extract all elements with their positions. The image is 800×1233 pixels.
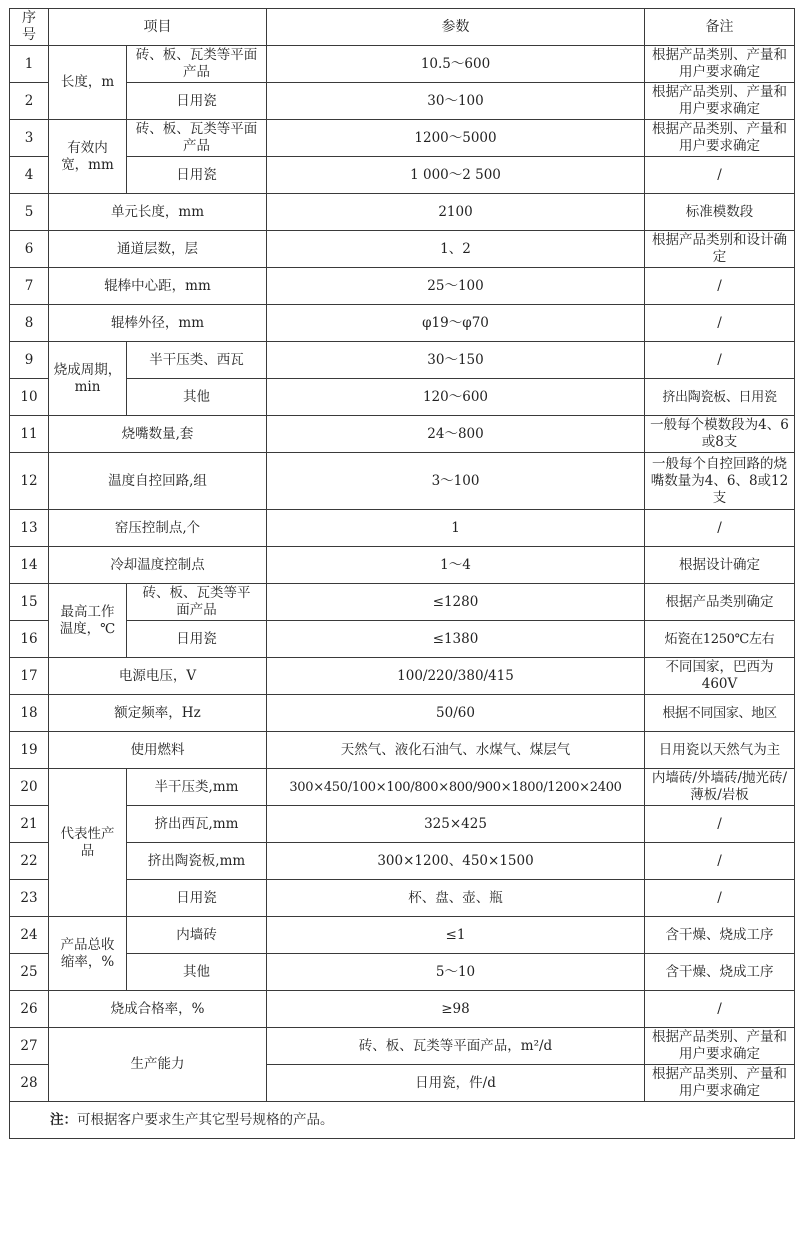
row-param: 杯、盘、壶、瓶 (267, 880, 645, 917)
group-label-max-temp: 最高工作温度，℃ (49, 584, 127, 658)
row-remark: / (645, 342, 795, 379)
row-no: 10 (10, 379, 49, 416)
row-no: 16 (10, 621, 49, 658)
row-remark: 挤出陶瓷板、日用瓷 (645, 379, 795, 416)
table-row: 6 通道层数，层 1、2 根据产品类别和设计确定 (10, 231, 795, 268)
row-param: ≤1 (267, 917, 645, 954)
row-no: 11 (10, 416, 49, 453)
row-subitem: 日用瓷 (127, 880, 267, 917)
group-label-length: 长度，m (49, 46, 127, 120)
table-row: 15 最高工作温度，℃ 砖、板、瓦类等平面产品 ≤1280 根据产品类别确定 (10, 584, 795, 621)
row-param: 1、2 (267, 231, 645, 268)
row-param: 2100 (267, 194, 645, 231)
row-remark: 标准模数段 (645, 194, 795, 231)
row-subitem: 挤出陶瓷板,mm (127, 843, 267, 880)
table-row: 22 挤出陶瓷板,mm 300×1200、450×1500 / (10, 843, 795, 880)
table-row: 8 辊棒外径，mm φ19～φ70 / (10, 305, 795, 342)
row-subitem: 内墙砖 (127, 917, 267, 954)
table-row: 5 单元长度，mm 2100 标准模数段 (10, 194, 795, 231)
row-item: 烧嘴数量,套 (49, 416, 267, 453)
table-row: 10 其他 120～600 挤出陶瓷板、日用瓷 (10, 379, 795, 416)
table-row: 1 长度，m 砖、板、瓦类等平面产品 10.5～600 根据产品类别、产量和用户… (10, 46, 795, 83)
row-param: 120～600 (267, 379, 645, 416)
row-item: 通道层数，层 (49, 231, 267, 268)
row-param: 1 000～2 500 (267, 157, 645, 194)
table-row: 16 日用瓷 ≤1380 炻瓷在1250℃左右 (10, 621, 795, 658)
row-remark: 根据不同国家、地区 (645, 695, 795, 732)
row-remark: 根据产品类别、产量和用户要求确定 (645, 83, 795, 120)
row-param: ≥98 (267, 991, 645, 1028)
table-row: 17 电源电压，V 100/220/380/415 不同国家，巴西为460V (10, 658, 795, 695)
row-remark: / (645, 843, 795, 880)
row-param: 日用瓷，件/d (267, 1065, 645, 1102)
row-param: 5～10 (267, 954, 645, 991)
row-subitem: 砖、板、瓦类等平面产品 (127, 584, 267, 621)
header-no: 序号 (10, 9, 49, 46)
row-param: 1 (267, 510, 645, 547)
row-no: 28 (10, 1065, 49, 1102)
table-row: 14 冷却温度控制点 1～4 根据设计确定 (10, 547, 795, 584)
table-note: 注：可根据客户要求生产其它型号规格的产品。 (10, 1102, 795, 1139)
row-item: 窑压控制点,个 (49, 510, 267, 547)
row-remark: / (645, 991, 795, 1028)
row-no: 1 (10, 46, 49, 83)
table-row: 25 其他 5～10 含干燥、烧成工序 (10, 954, 795, 991)
row-item: 辊棒外径，mm (49, 305, 267, 342)
header-param: 参数 (267, 9, 645, 46)
row-subitem: 挤出西瓦,mm (127, 806, 267, 843)
row-no: 23 (10, 880, 49, 917)
group-label-inner-width: 有效内宽，mm (49, 120, 127, 194)
row-param: 天然气、液化石油气、水煤气、煤层气 (267, 732, 645, 769)
row-no: 5 (10, 194, 49, 231)
group-label-rep-products: 代表性产品 (49, 769, 127, 917)
row-param: 300×1200、450×1500 (267, 843, 645, 880)
row-param: 30～100 (267, 83, 645, 120)
row-no: 14 (10, 547, 49, 584)
table-row: 27 生产能力 砖、板、瓦类等平面产品，m²/d 根据产品类别、产量和用户要求确… (10, 1028, 795, 1065)
row-remark: 日用瓷以天然气为主 (645, 732, 795, 769)
row-param: 1200～5000 (267, 120, 645, 157)
table-header-row: 序号 项目 参数 备注 (10, 9, 795, 46)
row-remark: 根据产品类别、产量和用户要求确定 (645, 1028, 795, 1065)
row-param: 325×425 (267, 806, 645, 843)
row-item: 辊棒中心距，mm (49, 268, 267, 305)
row-remark: 根据产品类别、产量和用户要求确定 (645, 1065, 795, 1102)
row-subitem: 砖、板、瓦类等平面产品 (127, 46, 267, 83)
table-row: 12 温度自控回路,组 3～100 一般每个自控回路的烧嘴数量为4、6、8或12… (10, 453, 795, 510)
row-remark: 一般每个自控回路的烧嘴数量为4、6、8或12支 (645, 453, 795, 510)
row-no: 27 (10, 1028, 49, 1065)
row-remark: 内墙砖/外墙砖/抛光砖/薄板/岩板 (645, 769, 795, 806)
table-row: 21 挤出西瓦,mm 325×425 / (10, 806, 795, 843)
row-param: ≤1380 (267, 621, 645, 658)
note-text: 可根据客户要求生产其它型号规格的产品。 (77, 1112, 334, 1128)
row-item: 温度自控回路,组 (49, 453, 267, 510)
row-item: 使用燃料 (49, 732, 267, 769)
spec-table: 序号 项目 参数 备注 1 长度，m 砖、板、瓦类等平面产品 10.5～600 … (9, 8, 795, 1139)
row-param: 3～100 (267, 453, 645, 510)
header-remark: 备注 (645, 9, 795, 46)
row-remark: 一般每个模数段为4、6或8支 (645, 416, 795, 453)
note-label: 注： (50, 1112, 77, 1128)
table-row: 24 产品总收缩率，% 内墙砖 ≤1 含干燥、烧成工序 (10, 917, 795, 954)
row-item: 电源电压，V (49, 658, 267, 695)
row-no: 12 (10, 453, 49, 510)
row-item: 额定频率，Hz (49, 695, 267, 732)
group-label-firing-cycle: 烧成周期，min (49, 342, 127, 416)
row-remark: 含干燥、烧成工序 (645, 917, 795, 954)
table-row: 11 烧嘴数量,套 24～800 一般每个模数段为4、6或8支 (10, 416, 795, 453)
row-subitem: 日用瓷 (127, 621, 267, 658)
row-remark: / (645, 157, 795, 194)
row-subitem: 日用瓷 (127, 157, 267, 194)
group-label-shrinkage: 产品总收缩率，% (49, 917, 127, 991)
row-no: 7 (10, 268, 49, 305)
table-row: 4 日用瓷 1 000～2 500 / (10, 157, 795, 194)
row-no: 6 (10, 231, 49, 268)
row-no: 24 (10, 917, 49, 954)
row-param: 300×450/100×100/800×800/900×1800/1200×24… (267, 769, 645, 806)
row-no: 17 (10, 658, 49, 695)
row-remark: / (645, 268, 795, 305)
row-param: 砖、板、瓦类等平面产品，m²/d (267, 1028, 645, 1065)
table-row: 20 代表性产品 半干压类,mm 300×450/100×100/800×800… (10, 769, 795, 806)
row-remark: 根据产品类别确定 (645, 584, 795, 621)
row-param: φ19～φ70 (267, 305, 645, 342)
row-remark: 炻瓷在1250℃左右 (645, 621, 795, 658)
row-remark: / (645, 806, 795, 843)
row-no: 26 (10, 991, 49, 1028)
row-no: 4 (10, 157, 49, 194)
row-no: 13 (10, 510, 49, 547)
row-remark: 根据产品类别、产量和用户要求确定 (645, 120, 795, 157)
table-row: 3 有效内宽，mm 砖、板、瓦类等平面产品 1200～5000 根据产品类别、产… (10, 120, 795, 157)
header-item: 项目 (49, 9, 267, 46)
row-subitem: 半干压类,mm (127, 769, 267, 806)
row-subitem: 日用瓷 (127, 83, 267, 120)
row-item: 冷却温度控制点 (49, 547, 267, 584)
row-param: 1～4 (267, 547, 645, 584)
row-no: 22 (10, 843, 49, 880)
row-param: 10.5～600 (267, 46, 645, 83)
row-param: 50/60 (267, 695, 645, 732)
row-remark: 根据设计确定 (645, 547, 795, 584)
row-param: 30～150 (267, 342, 645, 379)
row-no: 8 (10, 305, 49, 342)
table-row: 23 日用瓷 杯、盘、壶、瓶 / (10, 880, 795, 917)
row-no: 3 (10, 120, 49, 157)
row-subitem: 半干压类、西瓦 (127, 342, 267, 379)
row-remark: / (645, 880, 795, 917)
row-no: 19 (10, 732, 49, 769)
row-no: 15 (10, 584, 49, 621)
table-row: 2 日用瓷 30～100 根据产品类别、产量和用户要求确定 (10, 83, 795, 120)
row-param: 25～100 (267, 268, 645, 305)
table-note-row: 注：可根据客户要求生产其它型号规格的产品。 (10, 1102, 795, 1139)
row-remark: / (645, 305, 795, 342)
row-no: 2 (10, 83, 49, 120)
group-label-capacity: 生产能力 (49, 1028, 267, 1102)
row-remark: 含干燥、烧成工序 (645, 954, 795, 991)
row-param: ≤1280 (267, 584, 645, 621)
table-row: 9 烧成周期，min 半干压类、西瓦 30～150 / (10, 342, 795, 379)
row-item: 单元长度，mm (49, 194, 267, 231)
table-row: 7 辊棒中心距，mm 25～100 / (10, 268, 795, 305)
row-no: 9 (10, 342, 49, 379)
row-item: 烧成合格率，% (49, 991, 267, 1028)
row-no: 25 (10, 954, 49, 991)
row-subitem: 砖、板、瓦类等平面产品 (127, 120, 267, 157)
row-param: 100/220/380/415 (267, 658, 645, 695)
table-row: 13 窑压控制点,个 1 / (10, 510, 795, 547)
row-subitem: 其他 (127, 954, 267, 991)
row-param: 24～800 (267, 416, 645, 453)
row-no: 21 (10, 806, 49, 843)
row-no: 18 (10, 695, 49, 732)
row-no: 20 (10, 769, 49, 806)
table-row: 18 额定频率，Hz 50/60 根据不同国家、地区 (10, 695, 795, 732)
table-row: 19 使用燃料 天然气、液化石油气、水煤气、煤层气 日用瓷以天然气为主 (10, 732, 795, 769)
row-subitem: 其他 (127, 379, 267, 416)
table-row: 26 烧成合格率，% ≥98 / (10, 991, 795, 1028)
row-remark: / (645, 510, 795, 547)
row-remark: 根据产品类别和设计确定 (645, 231, 795, 268)
row-remark: 不同国家，巴西为460V (645, 658, 795, 695)
row-remark: 根据产品类别、产量和用户要求确定 (645, 46, 795, 83)
